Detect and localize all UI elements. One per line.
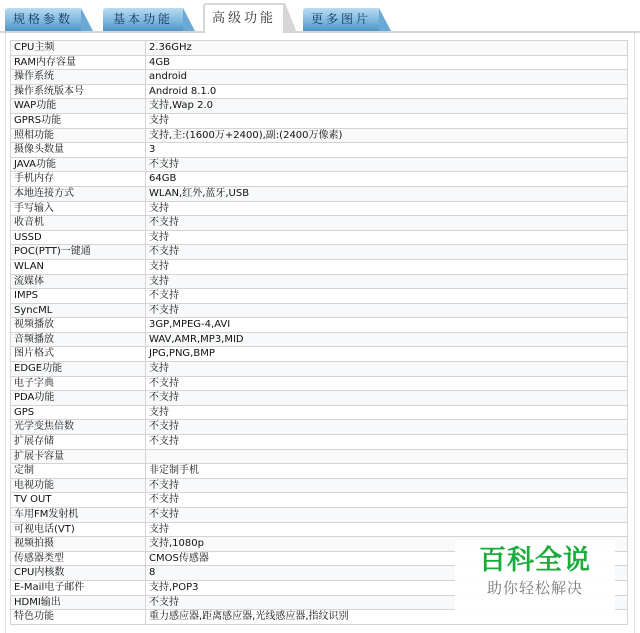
spec-key: WAP功能 <box>11 99 146 114</box>
spec-key: 定制 <box>11 464 146 479</box>
spec-key: 图片格式 <box>11 347 146 362</box>
table-row: IMPS不支持 <box>11 289 628 304</box>
tab-more-images[interactable]: 更多图片 <box>303 8 379 31</box>
spec-key: CPU主频 <box>11 41 146 56</box>
spec-value: 支持,Wap 2.0 <box>146 99 628 114</box>
spec-key: 手写输入 <box>11 201 146 216</box>
spec-key: 可视电话(VT) <box>11 522 146 537</box>
spec-value: 2.36GHz <box>146 41 628 56</box>
spec-value: 重力感应器,距离感应器,光线感应器,指纹识别 <box>146 610 628 625</box>
spec-value: JPG,PNG,BMP <box>146 347 628 362</box>
spec-key: 电子字典 <box>11 376 146 391</box>
spec-value: 不支持 <box>146 435 628 450</box>
table-row: GPRS功能支持 <box>11 113 628 128</box>
spec-value: 支持 <box>146 113 628 128</box>
spec-key: 本地连接方式 <box>11 186 146 201</box>
table-row: 图片格式JPG,PNG,BMP <box>11 347 628 362</box>
spec-key: 收音机 <box>11 216 146 231</box>
table-row: 车用FM发射机不支持 <box>11 508 628 523</box>
table-row: GPS支持 <box>11 405 628 420</box>
table-row: 收音机不支持 <box>11 216 628 231</box>
spec-key: TV OUT <box>11 493 146 508</box>
spec-value: 不支持 <box>146 493 628 508</box>
spec-value: 不支持 <box>146 289 628 304</box>
spec-key: 照相功能 <box>11 128 146 143</box>
spec-key: 视频拍摄 <box>11 537 146 552</box>
spec-value: 支持 <box>146 362 628 377</box>
spec-value: 支持 <box>146 405 628 420</box>
spec-key: GPS <box>11 405 146 420</box>
table-row: 电子字典不支持 <box>11 376 628 391</box>
tab-specs[interactable]: 规格参数 <box>5 8 81 31</box>
spec-key: 扩展存储 <box>11 435 146 450</box>
table-row: TV OUT不支持 <box>11 493 628 508</box>
table-row: 流媒体支持 <box>11 274 628 289</box>
spec-value: 不支持 <box>146 303 628 318</box>
table-row: USSD支持 <box>11 230 628 245</box>
spec-table: CPU主频2.36GHzRAM内存容量4GB操作系统android操作系统版本号… <box>10 40 628 625</box>
table-row: 本地连接方式WLAN,红外,蓝牙,USB <box>11 186 628 201</box>
spec-value: WAV,AMR,MP3,MID <box>146 332 628 347</box>
tab-basic-features[interactable]: 基本功能 <box>103 8 183 31</box>
spec-key: 光学变焦倍数 <box>11 420 146 435</box>
table-row: 扩展卡容量 <box>11 449 628 464</box>
spec-value: 支持 <box>146 274 628 289</box>
table-row: 可视电话(VT)支持 <box>11 522 628 537</box>
spec-key: 传感器类型 <box>11 551 146 566</box>
table-row: 扩展存储不支持 <box>11 435 628 450</box>
spec-value: 不支持 <box>146 157 628 172</box>
table-row: POC(PTT)一键通不支持 <box>11 245 628 260</box>
spec-value: 不支持 <box>146 376 628 391</box>
table-row: 视频播放3GP,MPEG-4,AVI <box>11 318 628 333</box>
table-row: RAM内存容量4GB <box>11 55 628 70</box>
spec-key: SyncML <box>11 303 146 318</box>
spec-key: 视频播放 <box>11 318 146 333</box>
spec-key: WLAN <box>11 259 146 274</box>
spec-value: 支持 <box>146 201 628 216</box>
watermark-title: 百科全说 <box>455 544 615 578</box>
table-row: 手机内存64GB <box>11 172 628 187</box>
spec-key: JAVA功能 <box>11 157 146 172</box>
spec-value: 支持 <box>146 259 628 274</box>
spec-value: WLAN,红外,蓝牙,USB <box>146 186 628 201</box>
table-row: PDA功能不支持 <box>11 391 628 406</box>
watermark: 百科全说 助你轻松解决 <box>455 540 615 610</box>
spec-key: GPRS功能 <box>11 113 146 128</box>
spec-key: 扩展卡容量 <box>11 449 146 464</box>
spec-value: 4GB <box>146 55 628 70</box>
table-row: 光学变焦倍数不支持 <box>11 420 628 435</box>
spec-key: 音频播放 <box>11 332 146 347</box>
spec-key: 操作系统 <box>11 70 146 85</box>
spec-key: E-Mail电子邮件 <box>11 580 146 595</box>
spec-key: IMPS <box>11 289 146 304</box>
spec-value: 不支持 <box>146 391 628 406</box>
table-row: JAVA功能不支持 <box>11 157 628 172</box>
table-row: 定制非定制手机 <box>11 464 628 479</box>
spec-key: USSD <box>11 230 146 245</box>
spec-value: 不支持 <box>146 420 628 435</box>
spec-key: 车用FM发射机 <box>11 508 146 523</box>
spec-key: POC(PTT)一键通 <box>11 245 146 260</box>
table-row: WLAN支持 <box>11 259 628 274</box>
table-row: SyncML不支持 <box>11 303 628 318</box>
spec-key: 摄像头数量 <box>11 143 146 158</box>
tab-advanced-features[interactable]: 高级功能 <box>203 3 285 33</box>
table-row: WAP功能支持,Wap 2.0 <box>11 99 628 114</box>
spec-key: RAM内存容量 <box>11 55 146 70</box>
table-row: CPU主频2.36GHz <box>11 41 628 56</box>
spec-key: 手机内存 <box>11 172 146 187</box>
table-row: 手写输入支持 <box>11 201 628 216</box>
spec-value: 支持,主:(1600万+2400),副:(2400万像素) <box>146 128 628 143</box>
spec-value: 不支持 <box>146 508 628 523</box>
table-row: EDGE功能支持 <box>11 362 628 377</box>
table-row: 照相功能支持,主:(1600万+2400),副:(2400万像素) <box>11 128 628 143</box>
spec-value <box>146 449 628 464</box>
spec-value: 不支持 <box>146 216 628 231</box>
spec-value: 3 <box>146 143 628 158</box>
spec-key: 操作系统版本号 <box>11 84 146 99</box>
tab-bar: 规格参数 基本功能 高级功能 更多图片 <box>0 0 640 33</box>
table-row: 电视功能不支持 <box>11 478 628 493</box>
spec-value: 3GP,MPEG-4,AVI <box>146 318 628 333</box>
spec-value: 支持 <box>146 230 628 245</box>
spec-value: Android 8.1.0 <box>146 84 628 99</box>
spec-value: 64GB <box>146 172 628 187</box>
spec-key: 流媒体 <box>11 274 146 289</box>
spec-key: 电视功能 <box>11 478 146 493</box>
table-row: 摄像头数量3 <box>11 143 628 158</box>
spec-key: HDMI输出 <box>11 595 146 610</box>
table-row: 特色功能重力感应器,距离感应器,光线感应器,指纹识别 <box>11 610 628 625</box>
spec-key: EDGE功能 <box>11 362 146 377</box>
table-row: 操作系统android <box>11 70 628 85</box>
spec-value: 不支持 <box>146 478 628 493</box>
spec-value: 非定制手机 <box>146 464 628 479</box>
spec-key: CPU内核数 <box>11 566 146 581</box>
table-row: 操作系统版本号Android 8.1.0 <box>11 84 628 99</box>
spec-key: PDA功能 <box>11 391 146 406</box>
watermark-subtitle: 助你轻松解决 <box>455 578 615 598</box>
spec-value: android <box>146 70 628 85</box>
table-row: 音频播放WAV,AMR,MP3,MID <box>11 332 628 347</box>
spec-value: 不支持 <box>146 245 628 260</box>
spec-value: 支持 <box>146 522 628 537</box>
spec-key: 特色功能 <box>11 610 146 625</box>
